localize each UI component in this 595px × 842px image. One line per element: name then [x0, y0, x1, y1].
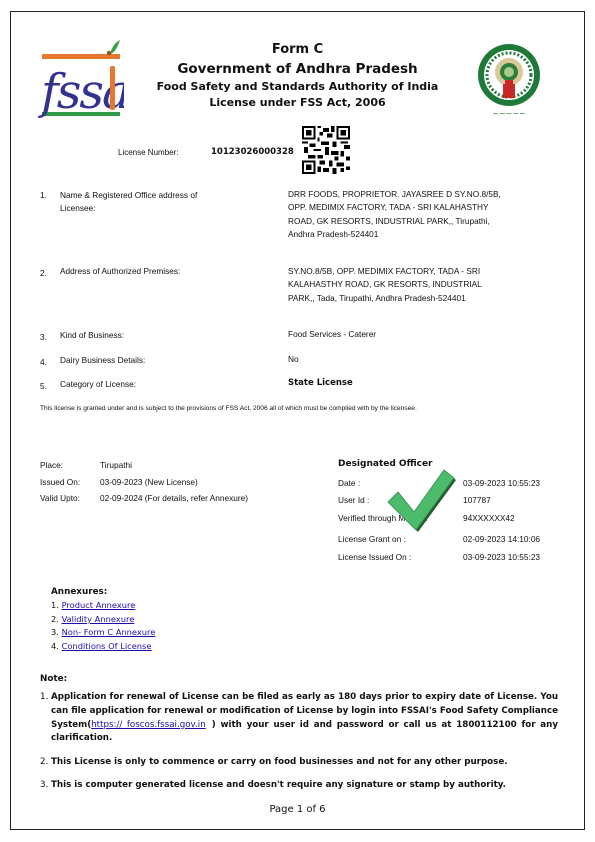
item-4-number: 4. — [40, 357, 47, 367]
note-3-number: 3. — [40, 779, 48, 793]
annexure-item: 2. Validity Annexure — [51, 614, 138, 624]
annexure-number: 3. — [51, 627, 59, 637]
validity-annexure-link[interactable]: Validity Annexure — [62, 614, 139, 624]
valid-upto-label: Valid Upto: — [40, 493, 80, 503]
license-number-label: License Number: — [118, 148, 178, 157]
non-form-c-annexure-link[interactable]: Non- Form C Annexure — [62, 627, 160, 637]
annexure-number: 1. — [51, 600, 59, 610]
licensee-address-value: DRR FOODS, PROPRIETOR. JAYASREE D SY.NO.… — [288, 188, 503, 241]
note-title: Note: — [40, 674, 67, 684]
item-4-label: Dairy Business Details: — [60, 355, 145, 365]
item-2-label: Address of Authorized Premises: — [60, 266, 180, 276]
form-title: Form C — [0, 42, 595, 57]
conditions-of-license-link[interactable]: Conditions Of License — [62, 641, 156, 651]
item-1-number: 1. — [40, 190, 47, 200]
item-3-label: Kind of Business: — [60, 330, 124, 340]
valid-upto-value: 02-09-2024 (For details, refer Annexure) — [100, 493, 248, 503]
note-1: 1. Application for renewal of License ca… — [40, 691, 558, 746]
item-2-number: 2. — [40, 268, 47, 278]
note-1-number: 1. — [40, 691, 48, 705]
note-2: 2. This License is only to commence or c… — [40, 756, 558, 770]
license-issued-value: 03-09-2023 10:55:23 — [463, 552, 540, 562]
officer-date-value: 03-09-2023 10:55:23 — [463, 478, 540, 488]
annexure-item: 4. Conditions Of License — [51, 641, 155, 651]
note-3-text: This is computer generated license and d… — [51, 779, 558, 793]
kind-of-business-value: Food Services - Caterer — [288, 328, 376, 341]
place-label: Place: — [40, 460, 63, 470]
place-value: Tirupathi — [100, 460, 132, 470]
verified-checkmark-icon — [384, 466, 456, 536]
premises-address-value: SY.NO.8/5B, OPP. MEDIMIX FACTORY, TADA -… — [288, 265, 503, 305]
item-5-number: 5. — [40, 381, 47, 391]
issued-on-label: Issued On: — [40, 477, 80, 487]
act-title: License under FSS Act, 2006 — [0, 96, 595, 109]
page-number: Page 1 of 6 — [0, 804, 595, 815]
license-grant-value: 02-09-2023 14:10:06 — [463, 534, 540, 544]
annexure-number: 2. — [51, 614, 59, 624]
annexure-item: 1. Product Annexure — [51, 600, 139, 610]
officer-user-id-label: User Id : — [338, 495, 369, 505]
product-annexure-link[interactable]: Product Annexure — [62, 600, 140, 610]
authority-title: Food Safety and Standards Authority of I… — [0, 80, 595, 93]
annexure-number: 4. — [51, 641, 59, 651]
note-3: 3. This is computer generated license an… — [40, 779, 558, 793]
annexures-title: Annexures: — [51, 587, 107, 597]
item-3-number: 3. — [40, 332, 47, 342]
foscos-link[interactable]: https:// foscos.fssai.gov.in — [91, 720, 212, 730]
government-title: Government of Andhra Pradesh — [0, 61, 595, 77]
grant-statement: This license is granted under and is sub… — [40, 403, 500, 414]
item-1-label: Name & Registered Office address of — [60, 190, 197, 200]
verified-mobile-value: 94XXXXXX42 — [463, 513, 515, 523]
annexure-item: 3. Non- Form C Annexure — [51, 627, 159, 637]
note-2-number: 2. — [40, 756, 48, 770]
dairy-business-value: No — [288, 353, 299, 366]
qr-code-icon — [302, 126, 350, 174]
item-1-label-cont: Licensee: — [60, 203, 96, 213]
license-grant-label: License Grant on : — [338, 534, 406, 544]
issued-on-value: 03-09-2023 (New License) — [100, 477, 198, 487]
officer-user-id-value: 107787 — [463, 495, 491, 505]
license-category-value: State License — [288, 377, 353, 390]
item-5-label: Category of License: — [60, 379, 136, 389]
note-2-text: This License is only to commence or carr… — [51, 756, 558, 770]
svg-text:~~~~~: ~~~~~ — [492, 109, 526, 118]
license-issued-label: License Issued On : — [338, 552, 411, 562]
officer-date-label: Date : — [338, 478, 360, 488]
license-number: 10123026000328 — [211, 147, 294, 157]
